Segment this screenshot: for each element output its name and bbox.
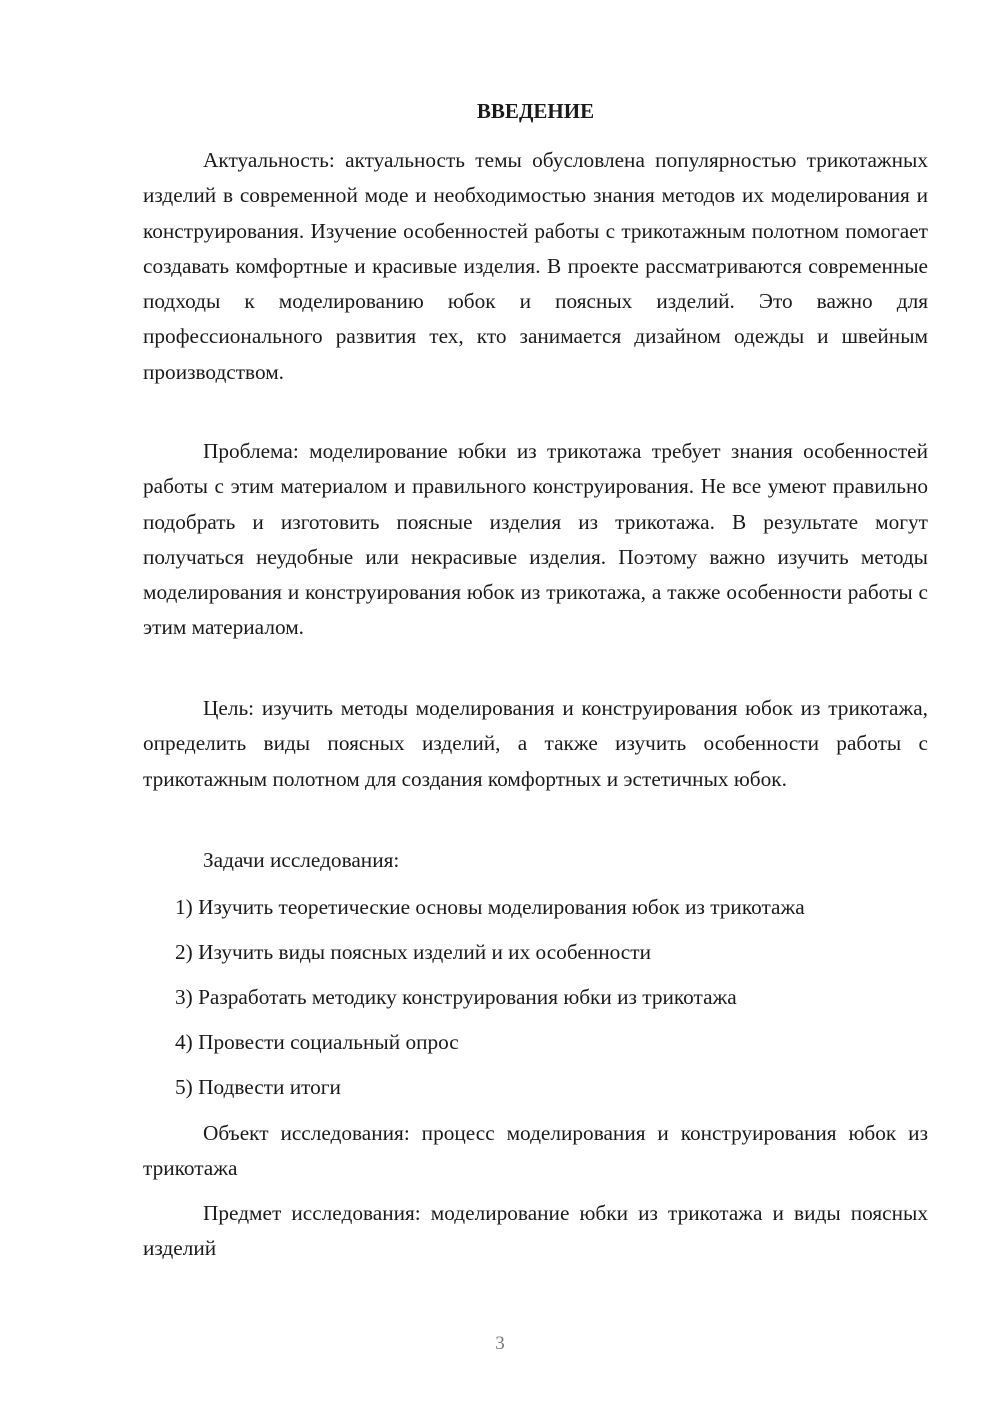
task-item: 4) Провести социальный опрос — [175, 1027, 459, 1057]
subject-paragraph: Предмет исследования: моделирование юбки… — [143, 1196, 928, 1267]
page-title: ВВЕДЕНИЕ — [143, 96, 928, 126]
page-number: 3 — [0, 1333, 1000, 1355]
problem-paragraph: Проблема: моделирование юбки из трикотаж… — [143, 434, 928, 646]
tasks-heading: Задачи исследования: — [143, 843, 928, 878]
goal-paragraph: Цель: изучить методы моделирования и кон… — [143, 691, 928, 797]
task-item: 3) Разработать методику конструирования … — [175, 982, 737, 1012]
relevance-paragraph: Актуальность: актуальность темы обусловл… — [143, 143, 928, 390]
task-item: 5) Подвести итоги — [175, 1072, 341, 1102]
task-item: 2) Изучить виды поясных изделий и их осо… — [175, 937, 651, 967]
object-paragraph: Объект исследования: процесс моделирован… — [143, 1116, 928, 1187]
task-item: 1) Изучить теоретические основы моделиро… — [175, 892, 805, 922]
